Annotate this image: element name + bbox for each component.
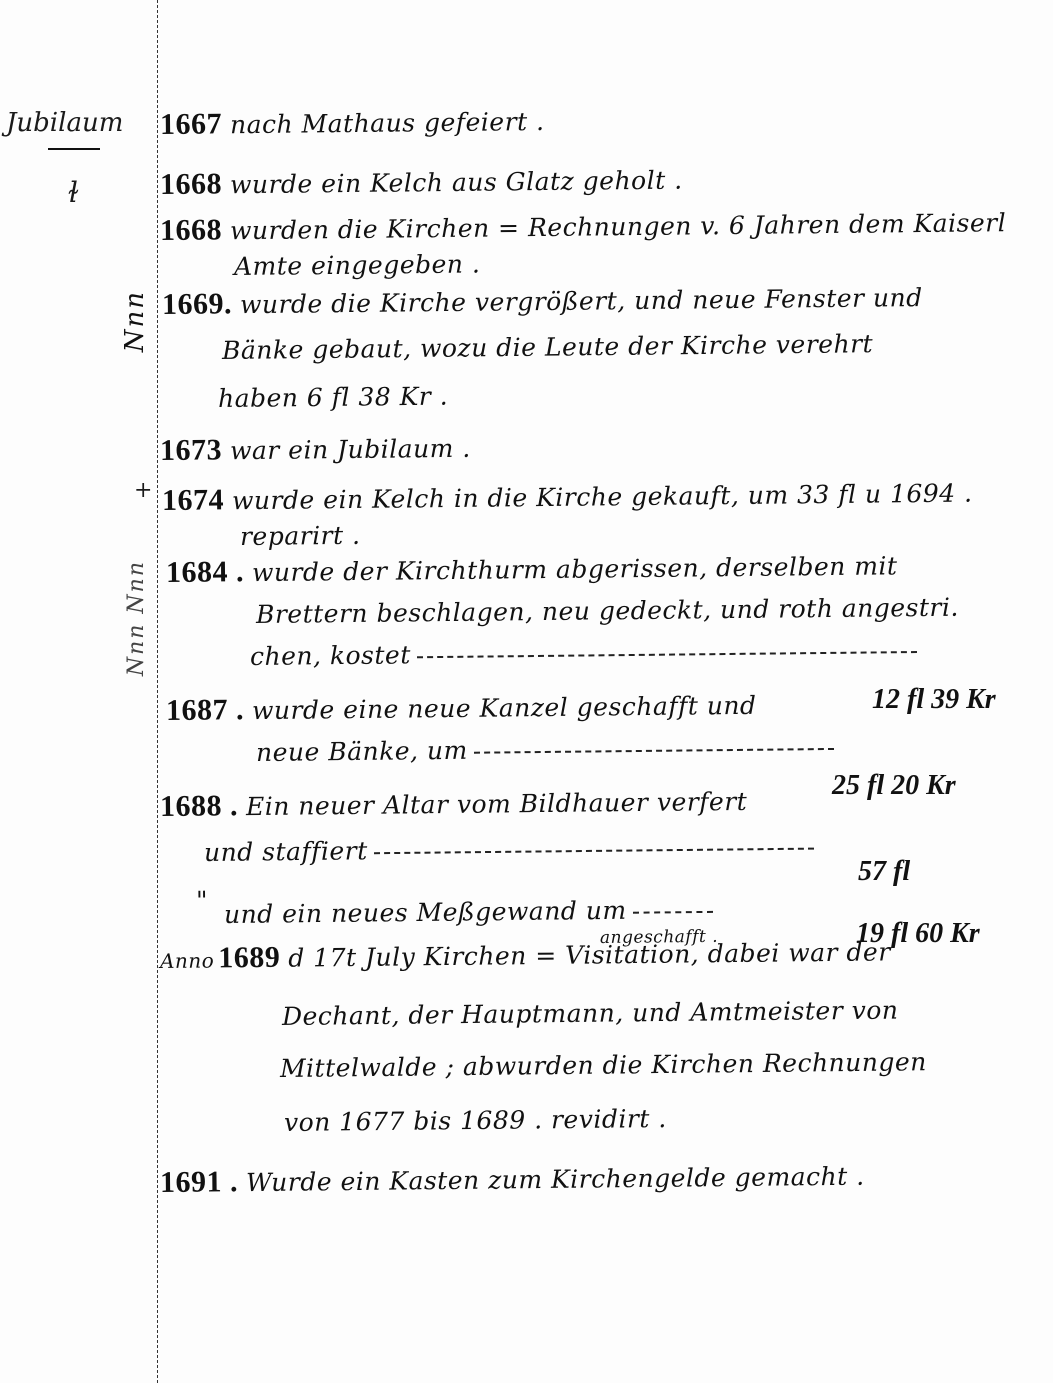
entry-1691: 1691 .Wurde ein Kasten zum Kirchengelde … [160, 1159, 865, 1200]
entry-year: 1688 . [160, 789, 238, 823]
entry-1689-line-2: Dechant, der Hauptmann, und Amtmeister v… [282, 996, 899, 1031]
entry-text: wurde eine neue Kanzel geschafft und [252, 691, 757, 725]
entry-1689: Anno1689d 17t July Kirchen = Visitation,… [160, 934, 891, 976]
entry-year: 1691 . [160, 1165, 238, 1199]
entry-1667: 1667nach Mathaus gefeiert . [160, 104, 545, 142]
entry-1689-line-3: Mittelwalde ; abwurden die Kirchen Rechn… [280, 1047, 927, 1083]
entry-1673: 1673war ein Jubilaum . [160, 431, 471, 468]
entry-text: und staffiert [204, 836, 368, 867]
leader-dashes [417, 651, 917, 658]
entry-1674: 1674wurde ein Kelch in die Kirche gekauf… [162, 476, 973, 518]
entry-year: 1667 [160, 107, 222, 141]
entry-1668-a: 1668wurde ein Kelch aus Glatz geholt . [160, 163, 683, 202]
margin-vertical-note-1: Nnn [120, 290, 150, 352]
entry-text: wurde ein Kelch aus Glatz geholt . [230, 166, 683, 200]
margin-plus-mark: + [134, 478, 152, 503]
amount-1687: 25 fl 20 Kr [832, 770, 956, 802]
document-page: Jubilaum ɫ Nnn + Nnn Nnn 1667nach Mathau… [0, 0, 1053, 1383]
entry-text: chen, kostet [250, 640, 411, 671]
entry-1669-line-3: haben 6 fl 38 Kr . [218, 382, 448, 413]
entry-1669: 1669.wurde die Kirche vergrößert, und ne… [162, 280, 923, 322]
margin-cross-mark: ɫ [68, 176, 79, 209]
leader-dashes [474, 747, 834, 753]
entry-text: neue Bänke, um [256, 736, 468, 767]
entry-year: 1687 . [166, 693, 244, 727]
margin-title-underline [48, 148, 100, 150]
entry-1684: 1684 .wurde der Kirchthurm abgerissen, d… [166, 548, 898, 590]
entry-year: 1673 [160, 433, 222, 467]
entry-text: d 17t July Kirchen = Visitation, dabei w… [288, 937, 891, 972]
margin-vertical-note-2: Nnn Nnn [124, 560, 149, 676]
amount-1684: 12 fl 39 Kr [872, 684, 996, 716]
leader-dashes [633, 910, 713, 913]
entry-text: Ein neuer Altar vom Bildhauer verfert [246, 787, 748, 821]
entry-1669-line-2: Bänke gebaut, wozu die Leute der Kirche … [222, 329, 873, 365]
entry-1668-b: 1668wurden die Kirchen = Rechnungen v. 6… [160, 205, 1007, 248]
entry-text: war ein Jubilaum . [230, 434, 471, 466]
margin-rule [157, 0, 158, 1383]
entry-1674-line-2: reparirt . [240, 521, 361, 551]
entry-year: 1668 [160, 167, 222, 201]
entry-year: 1684 . [166, 555, 244, 589]
leader-dashes [374, 847, 814, 854]
entry-year: 1674 [162, 483, 224, 517]
entry-year: 1689 [218, 941, 280, 975]
margin-title: Jubilaum [6, 108, 123, 138]
entry-year: 1668 [160, 213, 222, 247]
entry-text: Wurde ein Kasten zum Kirchengelde gemach… [246, 1162, 865, 1197]
entry-text: nach Mathaus gefeiert . [230, 107, 545, 139]
entry-text: und ein neues Meßgewand um [224, 896, 627, 929]
entry-1687: 1687 .wurde eine neue Kanzel geschafft u… [166, 688, 757, 728]
entry-1668-b-line-2: Amte eingegeben . [234, 249, 481, 281]
amount-1688: 57 fl [858, 856, 910, 888]
entry-prefix: Anno [160, 948, 214, 973]
entry-1689-line-4: von 1677 bis 1689 . revidirt . [284, 1104, 667, 1137]
entry-1688-line-2: und staffiert [204, 832, 820, 867]
entry-text: wurde ein Kelch in die Kirche gekauft, u… [232, 479, 973, 516]
entry-text: wurde die Kirche vergrößert, und neue Fe… [240, 283, 923, 319]
entry-text: wurden die Kirchen = Rechnungen v. 6 Jah… [230, 208, 1006, 245]
entry-1687-line-2: neue Bänke, um [256, 732, 840, 767]
entry-1684-line-3: chen, kostet [250, 635, 923, 671]
entry-1684-line-2: Brettern beschlagen, neu gedeckt, und ro… [256, 593, 959, 629]
entry-1688-sub: und ein neues Meßgewand um [224, 895, 719, 929]
entry-year: 1669. [162, 287, 232, 321]
entry-text: wurde der Kirchthurm abgerissen, derselb… [252, 551, 898, 587]
entry-1688-ditto-mark: " [196, 886, 208, 915]
entry-1688: 1688 .Ein neuer Altar vom Bildhauer verf… [160, 784, 748, 824]
